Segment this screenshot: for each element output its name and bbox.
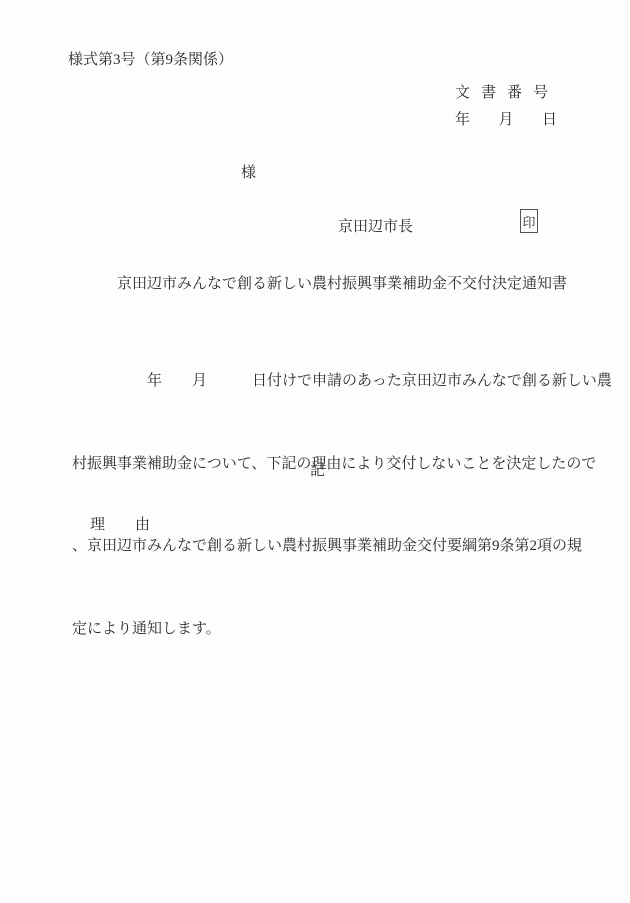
form-number-label: 様式第3号（第9条関係）	[68, 48, 233, 69]
addressee-honorific: 様	[241, 161, 256, 182]
seal-mark: 印	[522, 212, 535, 231]
date-field: 年 月 日	[455, 108, 557, 129]
body-line: 村振興事業補助金について、下記の理由により交付しないことを決定したので	[72, 451, 592, 479]
doc-number-field: 文 書 番 号	[455, 81, 546, 102]
reason-label: 理 由	[90, 513, 150, 534]
body-paragraph: 年 月 日付けで申請のあった京田辺市みんなで創る新しい農 村振興事業補助金につい…	[72, 313, 592, 698]
body-line: 定により通知します。	[72, 616, 592, 644]
record-heading: 記	[310, 459, 325, 480]
body-line: 、京田辺市みんなで創る新しい農村振興事業補助金交付要綱第9条第2項の規	[72, 533, 592, 561]
body-line: 年 月 日付けで申請のあった京田辺市みんなで創る新しい農	[72, 368, 592, 396]
document-page: 様式第3号（第9条関係） 文 書 番 号 年 月 日 様 京田辺市長 印 京田辺…	[0, 0, 630, 903]
seal-stamp-box: 印	[520, 209, 538, 233]
document-title: 京田辺市みんなで創る新しい農村振興事業補助金不交付決定通知書	[117, 272, 567, 293]
sender-title: 京田辺市長	[338, 215, 413, 236]
